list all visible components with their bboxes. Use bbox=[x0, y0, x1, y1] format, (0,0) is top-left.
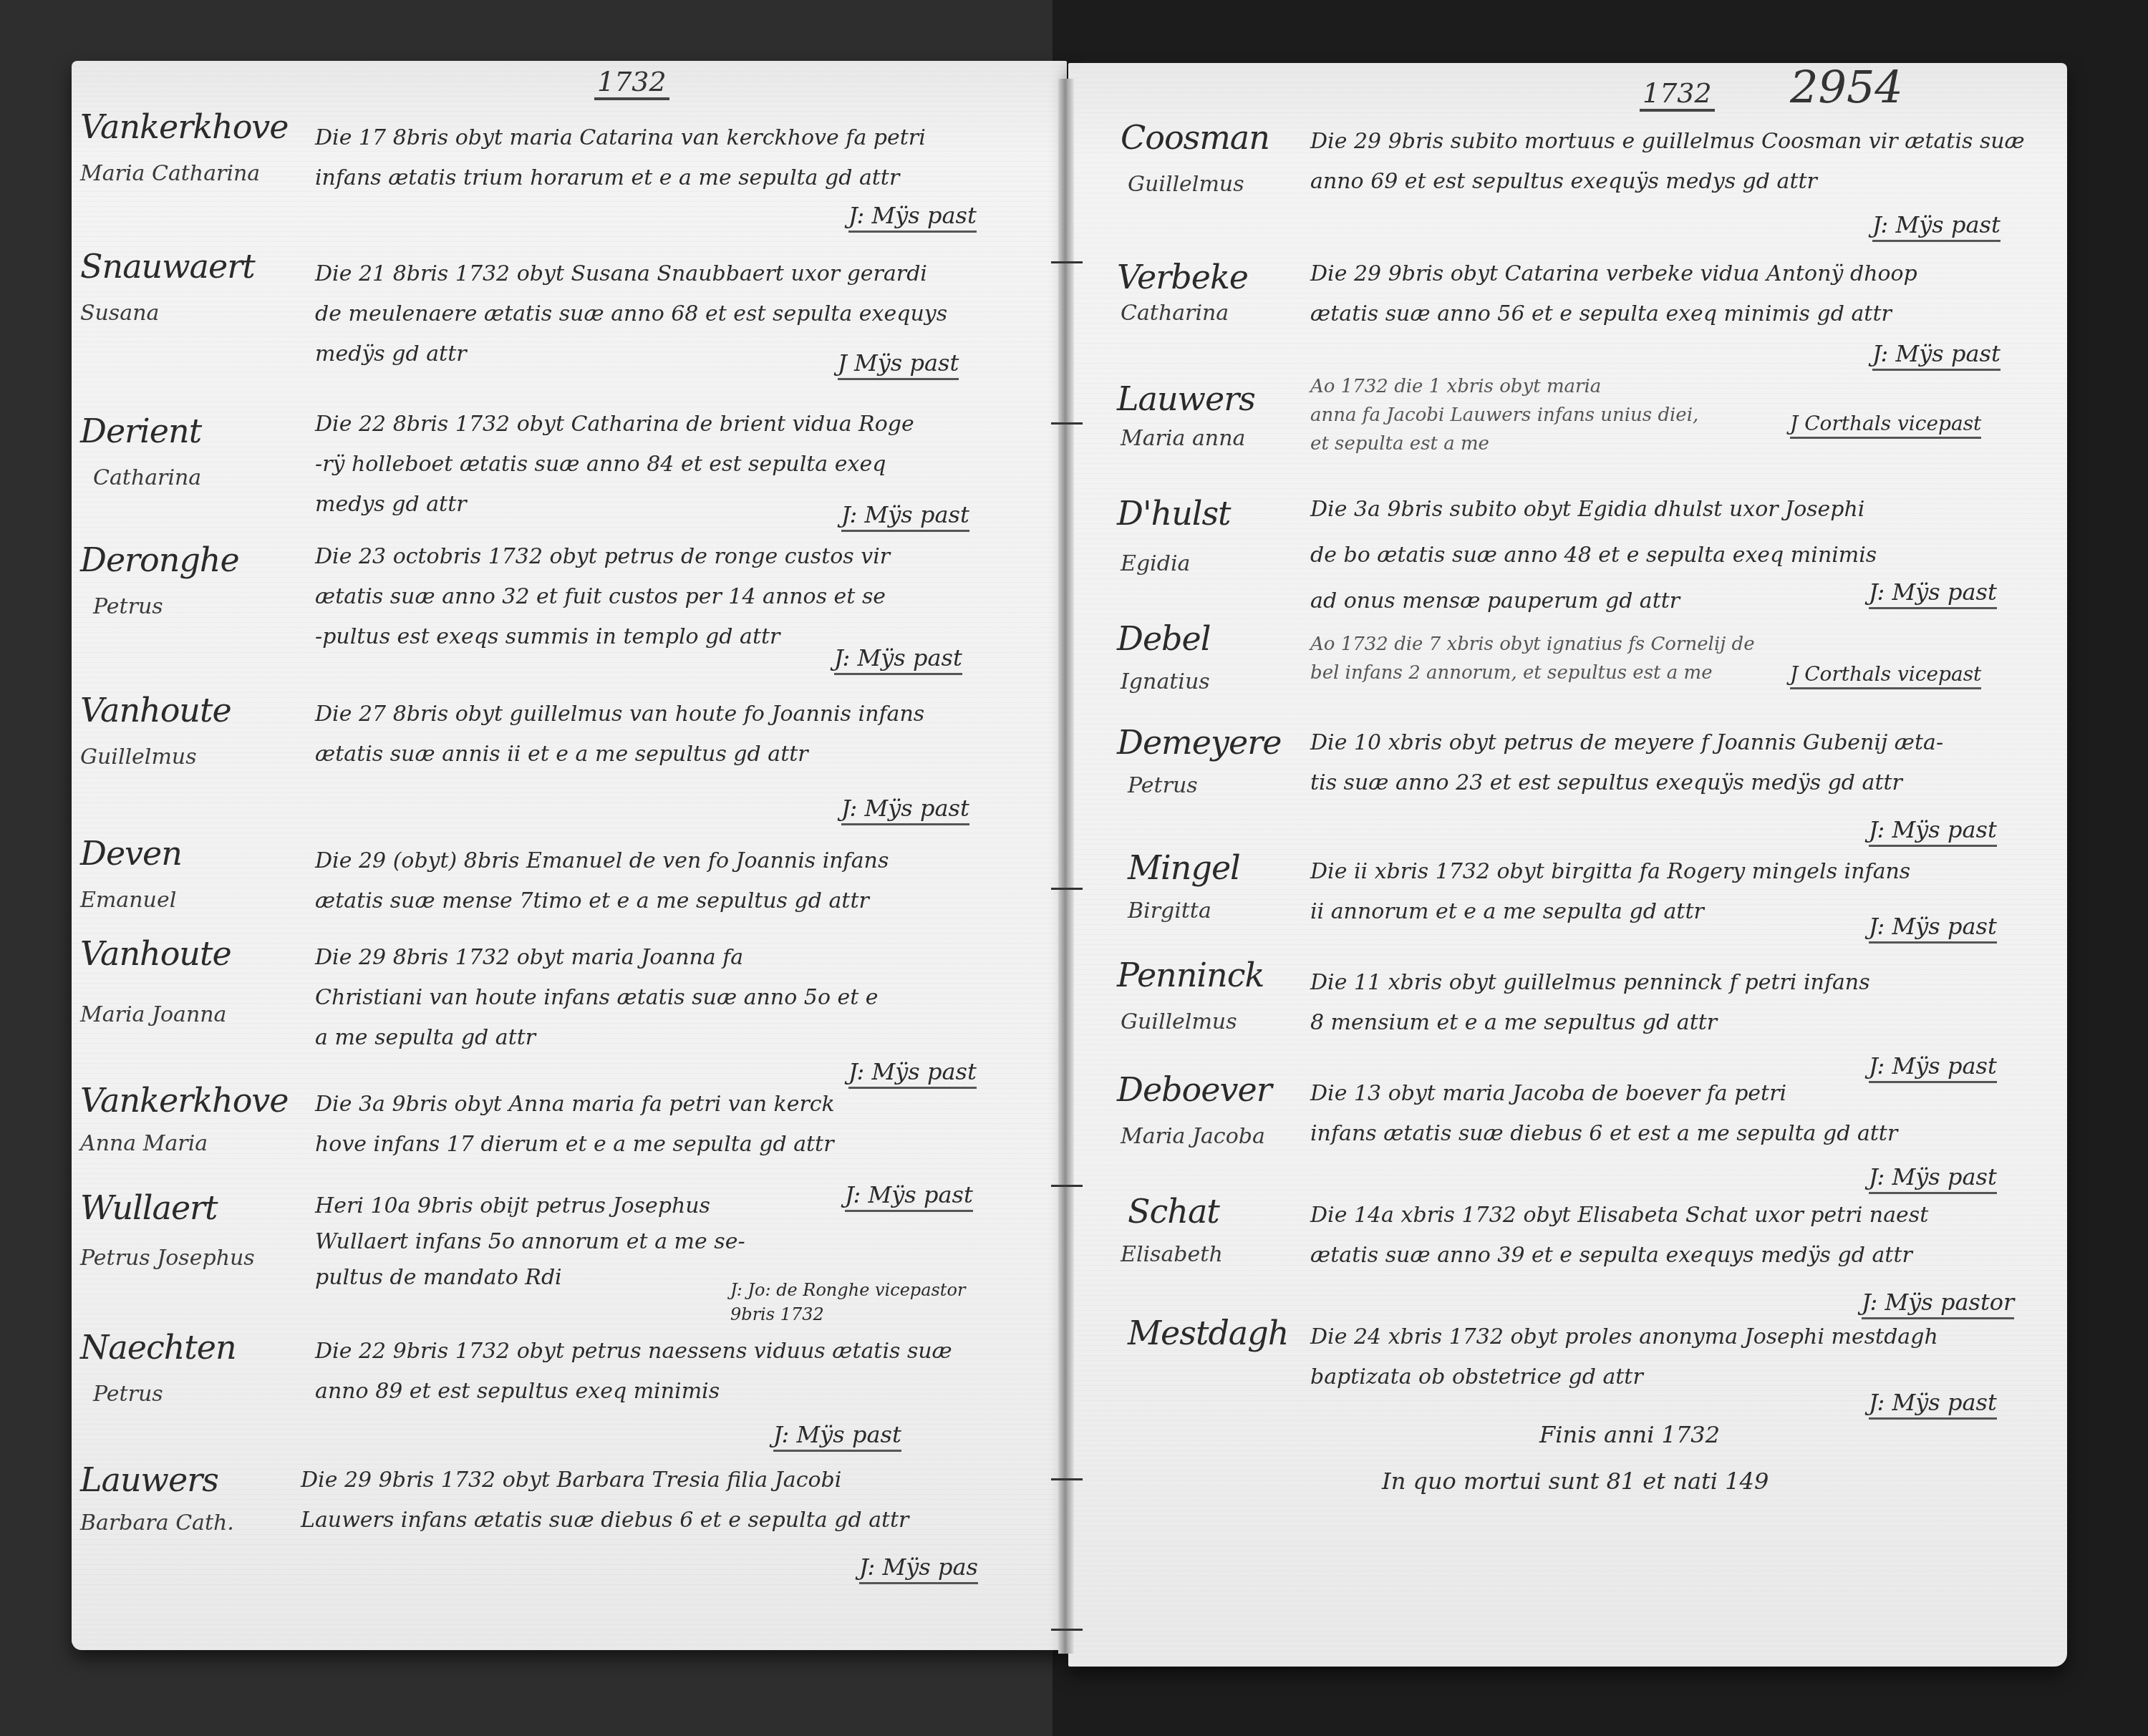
entry-signature: J: Mÿs past bbox=[841, 795, 969, 825]
entry-surname: Deronghe bbox=[80, 540, 239, 579]
entry-surname: Lauwers bbox=[80, 1460, 218, 1499]
entry-surname: Snauwaert bbox=[80, 247, 255, 286]
entry-surname: Deven bbox=[80, 834, 182, 873]
entry-text: Die 14a xbris 1732 obyt Elisabeta Schat … bbox=[1310, 1196, 1928, 1276]
entry-text: Ao 1732 die 7 xbris obyt ignatius fs Cor… bbox=[1310, 630, 1755, 687]
entry-surname: Derient bbox=[80, 412, 201, 450]
entry-surname: Lauwers bbox=[1117, 379, 1255, 418]
entry-given-name: Petrus bbox=[1128, 773, 1198, 798]
entry-signature: J: Mÿs past bbox=[1869, 1389, 1997, 1420]
entry-signature: J: Mÿs past bbox=[1869, 1163, 1997, 1194]
entry-text: Die 29 8bris 1732 obyt maria Joanna fa C… bbox=[315, 938, 879, 1058]
binding-stitch bbox=[1051, 261, 1083, 263]
entry-signature: J: Mÿs past bbox=[848, 1058, 977, 1089]
entry-surname: Vankerkhove bbox=[80, 107, 289, 146]
entry-given-name: Catharina bbox=[1121, 301, 1229, 326]
right-year-header: 1732 bbox=[1640, 77, 1715, 112]
entry-signature: J: Mÿs past bbox=[1869, 578, 1997, 609]
entry-signature: J: Mÿs past bbox=[845, 1181, 973, 1212]
entry-given-name: Anna Maria bbox=[80, 1131, 208, 1156]
entry-given-name: Ignatius bbox=[1121, 669, 1210, 694]
entry-text: Die 13 obyt maria Jacoba de boever fa pe… bbox=[1310, 1074, 1897, 1154]
entry-surname: Mestdagh bbox=[1128, 1314, 1288, 1352]
entry-given-name: Petrus bbox=[93, 594, 163, 619]
entry-text: Die 29 9bris obyt Catarina verbeke vidua… bbox=[1310, 254, 1917, 334]
entry-signature: J Mÿs past bbox=[838, 349, 959, 380]
entry-text: Die 27 8bris obyt guillelmus van houte f… bbox=[315, 694, 924, 775]
entry-surname: Vanhoute bbox=[80, 934, 231, 973]
entry-surname: Vanhoute bbox=[80, 691, 231, 729]
closing-totals-line: In quo mortui sunt 81 et nati 149 bbox=[1382, 1468, 1769, 1495]
entry-signature: J: Mÿs past bbox=[1872, 211, 2001, 242]
binding-stitch bbox=[1051, 888, 1083, 890]
entry-signature: J: Mÿs past bbox=[773, 1421, 901, 1452]
entry-surname: Naechten bbox=[80, 1328, 236, 1367]
binding-stitch bbox=[1051, 1629, 1083, 1631]
entry-signature: J Corthals vicepast bbox=[1790, 662, 1981, 689]
entry-given-name: Birgitta bbox=[1128, 898, 1211, 923]
entry-given-name: Barbara Cath. bbox=[80, 1510, 234, 1536]
entry-text: Die 24 xbris 1732 obyt proles anonyma Jo… bbox=[1310, 1317, 1938, 1397]
entry-given-name: Egidia bbox=[1121, 551, 1190, 576]
entry-given-name: Guillelmus bbox=[1121, 1009, 1237, 1034]
entry-text: Die 10 xbris obyt petrus de meyere f Joa… bbox=[1310, 723, 1943, 803]
entry-text: Die 29 (obyt) 8bris Emanuel de ven fo Jo… bbox=[315, 841, 889, 921]
entry-surname: Mingel bbox=[1128, 848, 1240, 887]
entry-text: Die 29 9bris 1732 obyt Barbara Tresia fi… bbox=[301, 1460, 909, 1541]
entry-text: Heri 10a 9bris obijt petrus Josephus Wul… bbox=[315, 1188, 745, 1296]
entry-text: Die 17 8bris obyt maria Catarina van ker… bbox=[315, 118, 926, 198]
entry-given-name: Emanuel bbox=[80, 888, 176, 913]
entry-given-name: Maria Joanna bbox=[80, 1002, 226, 1027]
entry-text: Die ii xbris 1732 obyt birgitta fa Roger… bbox=[1310, 852, 1910, 932]
book-gutter bbox=[1058, 79, 1074, 1654]
binding-stitch bbox=[1051, 1478, 1083, 1480]
entry-given-name: Maria Jacoba bbox=[1121, 1124, 1265, 1149]
entry-signature: J: Mÿs pastor bbox=[1862, 1289, 2014, 1319]
entry-given-name: Maria Catharina bbox=[80, 161, 260, 186]
left-year-header: 1732 bbox=[594, 66, 669, 100]
entry-text: Ao 1732 die 1 xbris obyt maria anna fa J… bbox=[1310, 372, 1698, 458]
binding-stitch bbox=[1051, 1185, 1083, 1187]
entry-surname: D'hulst bbox=[1117, 494, 1231, 533]
entry-surname: Verbeke bbox=[1117, 258, 1248, 296]
entry-text: Die 3a 9bris obyt Anna maria fa petri va… bbox=[315, 1085, 835, 1165]
entry-given-name: Susana bbox=[80, 301, 159, 326]
entry-text: Die 23 octobris 1732 obyt petrus de rong… bbox=[315, 537, 890, 657]
entry-given-name: Maria anna bbox=[1121, 426, 1245, 451]
entry-signature: J: Mÿs past bbox=[841, 501, 969, 532]
entry-given-name: Catharina bbox=[93, 465, 201, 490]
entry-given-name: Petrus bbox=[93, 1382, 163, 1407]
entry-text: Die 29 9bris subito mortuus e guillelmus… bbox=[1310, 122, 2025, 202]
entry-signature: J: Mÿs past bbox=[1872, 340, 2001, 371]
folio-number: 2954 bbox=[1790, 61, 1903, 113]
entry-text: Die 22 8bris 1732 obyt Catharina de brie… bbox=[315, 404, 914, 525]
entry-given-name: Guillelmus bbox=[1128, 172, 1244, 197]
entry-signature: J Corthals vicepast bbox=[1790, 412, 1981, 439]
entry-surname: Vankerkhove bbox=[80, 1081, 289, 1120]
binding-stitch bbox=[1051, 422, 1083, 425]
entry-text: Die 22 9bris 1732 obyt petrus naessens v… bbox=[315, 1332, 952, 1412]
entry-surname: Debel bbox=[1117, 619, 1210, 658]
entry-surname: Demeyere bbox=[1117, 723, 1281, 762]
entry-given-name: Petrus Josephus bbox=[80, 1246, 255, 1271]
entry-signature: J: Mÿs past bbox=[834, 644, 962, 675]
entry-surname: Penninck bbox=[1117, 956, 1264, 994]
entry-signature: J: Mÿs past bbox=[1869, 816, 1997, 847]
entry-surname: Schat bbox=[1128, 1192, 1219, 1231]
entry-secondary-signature: J: Jo: de Ronghe vicepastor 9bris 1732 bbox=[730, 1278, 965, 1327]
entry-signature: J: Mÿs past bbox=[1869, 913, 1997, 944]
entry-given-name: Guillelmus bbox=[80, 745, 197, 770]
entry-surname: Coosman bbox=[1121, 118, 1269, 157]
entry-surname: Deboever bbox=[1117, 1070, 1272, 1109]
entry-signature: J: Mÿs pas bbox=[859, 1553, 978, 1584]
entry-signature: J: Mÿs past bbox=[848, 202, 977, 233]
closing-year-line: Finis anni 1732 bbox=[1539, 1421, 1720, 1448]
entry-given-name: Elisabeth bbox=[1121, 1242, 1223, 1267]
entry-surname: Wullaert bbox=[80, 1188, 218, 1227]
entry-text: Die 3a 9bris subito obyt Egidia dhulst u… bbox=[1310, 487, 1877, 624]
entry-text: Die 11 xbris obyt guillelmus penninck f … bbox=[1310, 963, 1870, 1043]
